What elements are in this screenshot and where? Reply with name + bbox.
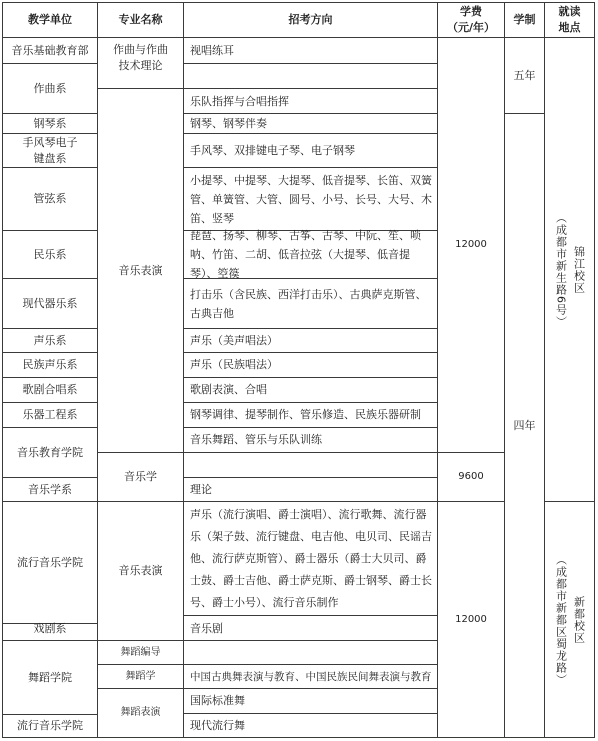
major-cell: 作曲与作曲 技术理论 xyxy=(97,37,184,89)
direction-cell: 手风琴、双排键电子琴、电子钢琴 xyxy=(183,133,438,168)
unit-label: 作曲系 xyxy=(34,80,67,98)
direction-text: 国际标准舞 xyxy=(190,692,245,710)
major-cell: 舞蹈学 xyxy=(97,664,184,689)
direction-cell: 钢琴调律、提琴制作、管乐修造、民族乐器研制 xyxy=(183,402,438,428)
direction-text: 小提琴、中提琴、大提琴、低音提琴、长笛、双簧管、单簧管、大管、圆号、小号、长号、… xyxy=(190,171,433,228)
header-fee-line2: （元/年） xyxy=(447,20,495,36)
direction-cell: 声乐（美声唱法） xyxy=(183,328,438,353)
direction-text: 声乐（流行演唱、爵士演唱）、流行歌舞、流行器乐（架子鼓、流行键盘、电吉他、电贝司… xyxy=(190,504,433,614)
header-fee-line1: 学费 xyxy=(460,4,482,20)
campus-address: （成都市新都区蜀龙路） xyxy=(554,554,568,686)
direction-text: 音乐舞蹈、管乐与乐队训练 xyxy=(190,431,322,449)
unit-label: 乐器工程系 xyxy=(23,406,78,424)
direction-cell: 音乐舞蹈、管乐与乐队训练 xyxy=(183,427,438,453)
unit-label: 音乐基础教育部 xyxy=(12,42,89,60)
fee-cell: 12000 xyxy=(437,501,505,738)
direction-text: 乐队指挥与合唱指挥 xyxy=(190,93,289,111)
duration-value: 四年 xyxy=(514,417,536,435)
direction-text: 现代流行舞 xyxy=(190,717,245,735)
unit-label: 戏剧系 xyxy=(34,620,67,638)
direction-cell: 音乐剧 xyxy=(183,615,438,641)
location-text: 新都校区 （成都市新都区蜀龙路） xyxy=(554,554,586,686)
direction-cell: 中国古典舞表演与教育、中国民族民间舞表演与教育 xyxy=(183,664,438,689)
direction-cell xyxy=(183,452,438,478)
major-label: 音乐表演 xyxy=(119,562,163,580)
direction-text: 视唱练耳 xyxy=(190,42,234,60)
header-major-text: 专业名称 xyxy=(119,12,163,28)
fee-cell: 12000 xyxy=(437,37,505,453)
unit-cell: 音乐基础教育部 xyxy=(2,37,98,64)
direction-text: 钢琴、钢琴伴奏 xyxy=(190,115,267,133)
duration-cell: 五年 xyxy=(504,37,545,114)
fee-value: 9600 xyxy=(458,468,483,486)
direction-text: 声乐（美声唱法） xyxy=(190,332,278,350)
unit-cell: 歌剧合唱系 xyxy=(2,377,98,403)
unit-cell: 民族声乐系 xyxy=(2,352,98,378)
direction-text: 手风琴、双排键电子琴、电子钢琴 xyxy=(190,142,355,160)
unit-cell: 手风琴电子 键盘系 xyxy=(2,133,98,168)
unit-cell: 音乐学系 xyxy=(2,477,98,502)
direction-text: 理论 xyxy=(190,481,212,499)
unit-cell: 民乐系 xyxy=(2,230,98,279)
header-duration: 学制 xyxy=(504,2,545,38)
major-label: 技术理论 xyxy=(119,58,163,74)
direction-text: 声乐（民族唱法） xyxy=(190,356,278,374)
header-unit-text: 教学单位 xyxy=(28,12,72,28)
direction-cell: 歌剧表演、合唱 xyxy=(183,377,438,403)
direction-cell: 钢琴、钢琴伴奏 xyxy=(183,113,438,134)
unit-label: 民族声乐系 xyxy=(23,356,78,374)
direction-text: 音乐剧 xyxy=(190,620,223,638)
unit-cell: 钢琴系 xyxy=(2,113,98,134)
campus-address: （成都市新生路6号） xyxy=(554,212,568,328)
header-location: 就读 地点 xyxy=(544,2,595,38)
location-cell: 锦江校区 （成都市新生路6号） xyxy=(544,37,595,502)
unit-label: 手风琴电子 xyxy=(23,135,78,151)
direction-cell: 理论 xyxy=(183,477,438,502)
major-cell: 音乐表演 xyxy=(97,501,184,641)
direction-cell: 打击乐（含民族、西洋打击乐）、古典萨克斯管、古典吉他 xyxy=(183,278,438,329)
direction-text: 琵琶、扬琴、柳琴、古筝、古琴、中阮、笙、唢呐、竹笛、二胡、低音拉弦（大提琴、低音… xyxy=(190,226,433,283)
major-label: 舞蹈学 xyxy=(126,668,156,686)
unit-label: 音乐学系 xyxy=(28,481,72,499)
unit-label: 音乐教育学院 xyxy=(17,444,83,462)
direction-cell: 国际标准舞 xyxy=(183,688,438,714)
duration-value: 五年 xyxy=(514,67,536,85)
location-text: 锦江校区 （成都市新生路6号） xyxy=(554,212,586,328)
unit-cell: 音乐教育学院 xyxy=(2,427,98,478)
direction-cell: 乐队指挥与合唱指挥 xyxy=(183,88,438,114)
unit-cell: 作曲系 xyxy=(2,63,98,114)
major-cell: 舞蹈表演 xyxy=(97,688,184,738)
direction-cell xyxy=(183,640,438,665)
unit-label: 歌剧合唱系 xyxy=(23,381,78,399)
campus-name: 锦江校区 xyxy=(572,246,586,294)
unit-cell: 声乐系 xyxy=(2,328,98,353)
fee-value: 12000 xyxy=(455,611,487,629)
unit-label: 管弦系 xyxy=(34,190,67,208)
header-duration-text: 学制 xyxy=(514,12,536,28)
direction-cell xyxy=(183,63,438,89)
campus-name: 新都校区 xyxy=(572,596,586,644)
unit-label: 键盘系 xyxy=(34,151,67,167)
fee-cell: 9600 xyxy=(437,452,505,502)
unit-label: 民乐系 xyxy=(34,246,67,264)
direction-text: 钢琴调律、提琴制作、管乐修造、民族乐器研制 xyxy=(190,406,421,424)
header-direction-text: 招考方向 xyxy=(289,12,333,28)
direction-text: 中国古典舞表演与教育、中国民族民间舞表演与教育 xyxy=(190,668,432,686)
major-label: 音乐学 xyxy=(124,468,157,486)
direction-text: 歌剧表演、合唱 xyxy=(190,381,267,399)
header-location-line2: 地点 xyxy=(559,20,581,36)
fee-value: 12000 xyxy=(455,236,487,254)
direction-cell: 琵琶、扬琴、柳琴、古筝、古琴、中阮、笙、唢呐、竹笛、二胡、低音拉弦（大提琴、低音… xyxy=(183,230,438,279)
direction-cell: 视唱练耳 xyxy=(183,37,438,64)
major-cell: 音乐学 xyxy=(97,452,184,502)
unit-label: 钢琴系 xyxy=(34,115,67,133)
unit-cell: 舞蹈学院 xyxy=(2,640,98,715)
major-cell: 舞蹈编导 xyxy=(97,640,184,665)
major-label: 舞蹈表演 xyxy=(121,704,161,722)
header-location-line1: 就读 xyxy=(559,4,581,20)
header-fee: 学费 （元/年） xyxy=(437,2,505,38)
admissions-table: 教学单位 专业名称 招考方向 学费 （元/年） 学制 就读 地点 音乐基础教育部… xyxy=(0,0,598,741)
unit-label: 声乐系 xyxy=(34,332,67,350)
direction-cell: 现代流行舞 xyxy=(183,713,438,738)
duration-cell: 四年 xyxy=(504,113,545,738)
header-unit: 教学单位 xyxy=(2,2,98,38)
major-label: 舞蹈编导 xyxy=(121,644,161,662)
direction-cell: 声乐（民族唱法） xyxy=(183,352,438,378)
unit-label: 流行音乐学院 xyxy=(17,717,83,735)
unit-cell: 现代器乐系 xyxy=(2,278,98,329)
unit-cell: 戏剧系 xyxy=(2,623,98,641)
unit-label: 流行音乐学院 xyxy=(17,554,83,572)
direction-cell: 声乐（流行演唱、爵士演唱）、流行歌舞、流行器乐（架子鼓、流行键盘、电吉他、电贝司… xyxy=(183,501,438,616)
unit-cell: 管弦系 xyxy=(2,167,98,231)
unit-label: 舞蹈学院 xyxy=(28,669,72,687)
major-label: 音乐表演 xyxy=(119,262,163,280)
header-direction: 招考方向 xyxy=(183,2,438,38)
location-cell: 新都校区 （成都市新都区蜀龙路） xyxy=(544,501,595,738)
header-major: 专业名称 xyxy=(97,2,184,38)
unit-cell: 流行音乐学院 xyxy=(2,501,98,624)
major-label: 作曲与作曲 xyxy=(113,42,168,58)
direction-cell: 小提琴、中提琴、大提琴、低音提琴、长笛、双簧管、单簧管、大管、圆号、小号、长号、… xyxy=(183,167,438,231)
direction-text: 打击乐（含民族、西洋打击乐）、古典萨克斯管、古典吉他 xyxy=(190,285,433,323)
unit-cell: 流行音乐学院 xyxy=(2,714,98,738)
unit-cell: 乐器工程系 xyxy=(2,402,98,428)
unit-label: 现代器乐系 xyxy=(23,295,78,313)
major-cell: 音乐表演 xyxy=(97,88,184,453)
